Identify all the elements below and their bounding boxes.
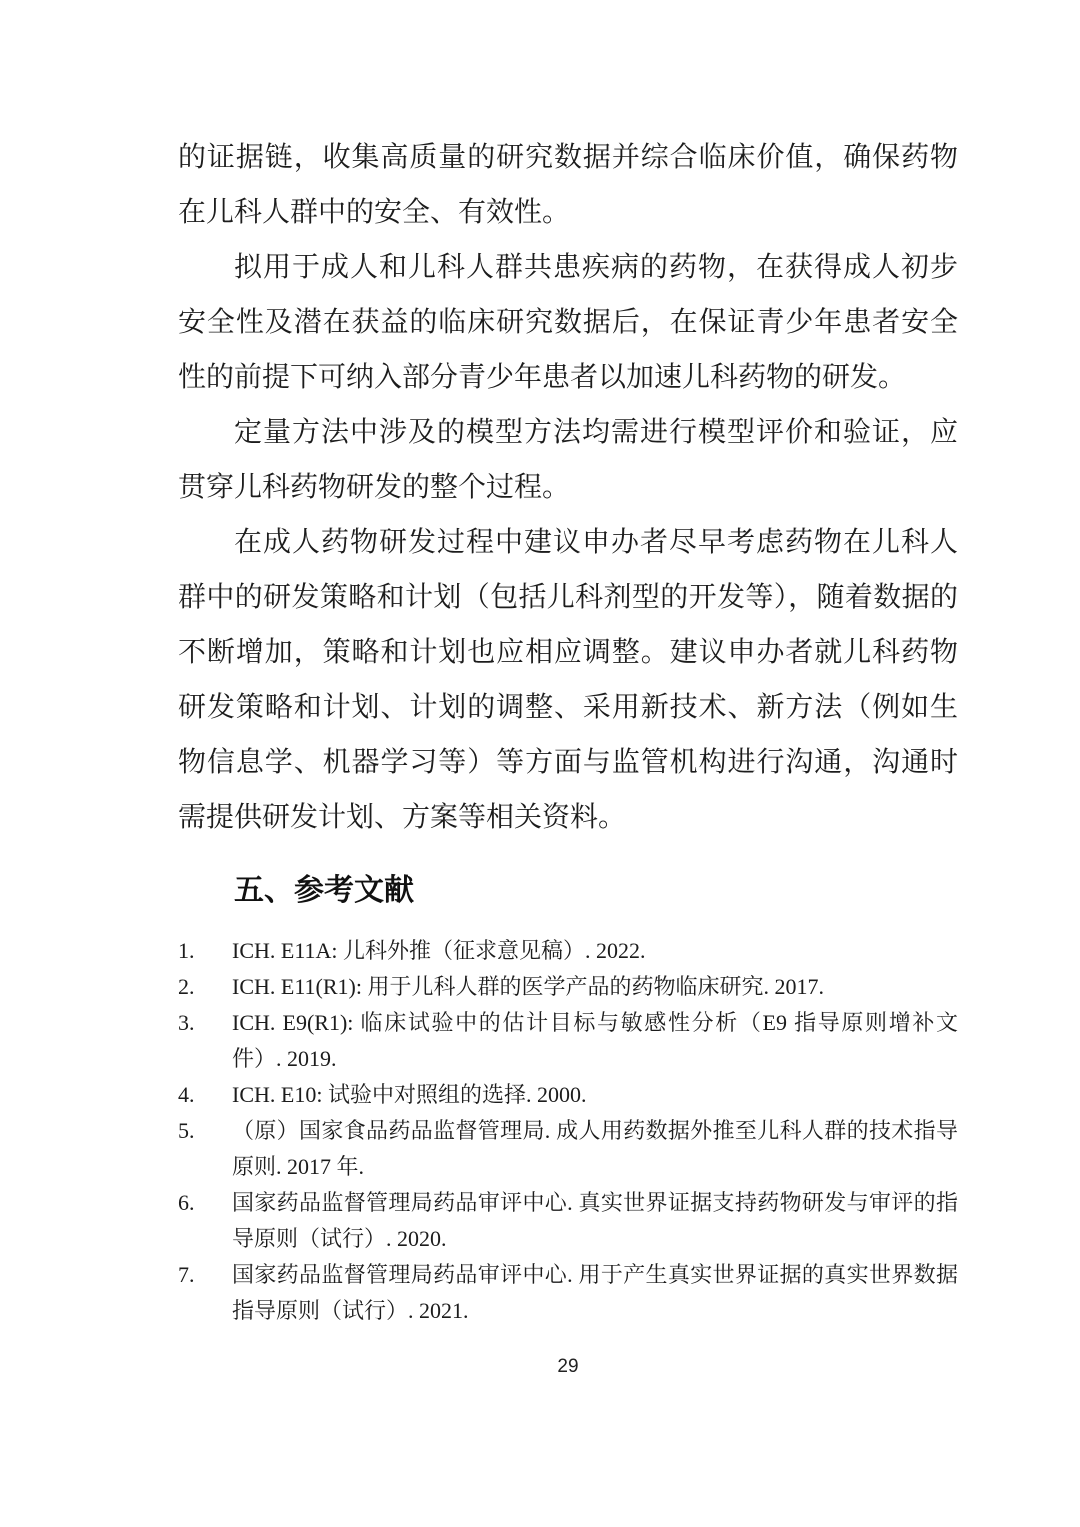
body-paragraph: 在成人药物研发过程中建议申办者尽早考虑药物在儿科人群中的研发策略和计划（包括儿科… [178, 515, 958, 845]
page-number: 29 [557, 1356, 578, 1377]
reference-number: 5. [178, 1113, 232, 1149]
section-heading-references: 五、参考文献 [234, 865, 958, 917]
body-paragraphs: 的证据链，收集高质量的研究数据并综合临床价值，确保药物在儿科人群中的安全、有效性… [178, 130, 958, 845]
reference-item: 4.ICH. E10: 试验中对照组的选择. 2000. [178, 1077, 958, 1113]
reference-text: （原）国家食品药品监督管理局. 成人用药数据外推至儿科人群的技术指导原则. 20… [232, 1118, 958, 1179]
reference-text: 国家药品监督管理局药品审评中心. 用于产生真实世界证据的真实世界数据指导原则（试… [232, 1262, 958, 1323]
reference-item: 7.国家药品监督管理局药品审评中心. 用于产生真实世界证据的真实世界数据指导原则… [178, 1257, 958, 1329]
reference-text: ICH. E10: 试验中对照组的选择. 2000. [232, 1082, 586, 1107]
reference-number: 2. [178, 969, 232, 1005]
page-content: 的证据链，收集高质量的研究数据并综合临床价值，确保药物在儿科人群中的安全、有效性… [178, 130, 958, 1329]
reference-item: 1.ICH. E11A: 儿科外推（征求意见稿）. 2022. [178, 933, 958, 969]
reference-list: 1.ICH. E11A: 儿科外推（征求意见稿）. 2022.2.ICH. E1… [178, 933, 958, 1329]
reference-number: 4. [178, 1077, 232, 1113]
reference-number: 1. [178, 933, 232, 969]
reference-item: 5.（原）国家食品药品监督管理局. 成人用药数据外推至儿科人群的技术指导原则. … [178, 1113, 958, 1185]
document-page: 的证据链，收集高质量的研究数据并综合临床价值，确保药物在儿科人群中的安全、有效性… [0, 0, 1080, 1527]
reference-text: ICH. E9(R1): 临床试验中的估计目标与敏感性分析（E9 指导原则增补文… [232, 1010, 958, 1071]
reference-number: 7. [178, 1257, 232, 1293]
reference-text: 国家药品监督管理局药品审评中心. 真实世界证据支持药物研发与审评的指导原则（试行… [232, 1190, 958, 1251]
reference-item: 3.ICH. E9(R1): 临床试验中的估计目标与敏感性分析（E9 指导原则增… [178, 1005, 958, 1077]
body-paragraph: 拟用于成人和儿科人群共患疾病的药物，在获得成人初步安全性及潜在获益的临床研究数据… [178, 240, 958, 405]
body-paragraph: 的证据链，收集高质量的研究数据并综合临床价值，确保药物在儿科人群中的安全、有效性… [178, 130, 958, 240]
reference-text: ICH. E11(R1): 用于儿科人群的医学产品的药物临床研究. 2017. [232, 974, 824, 999]
body-paragraph: 定量方法中涉及的模型方法均需进行模型评价和验证，应贯穿儿科药物研发的整个过程。 [178, 405, 958, 515]
page-footer: 29 [178, 1356, 958, 1378]
reference-number: 3. [178, 1005, 232, 1041]
reference-text: ICH. E11A: 儿科外推（征求意见稿）. 2022. [232, 938, 646, 963]
reference-number: 6. [178, 1185, 232, 1221]
reference-item: 2.ICH. E11(R1): 用于儿科人群的医学产品的药物临床研究. 2017… [178, 969, 958, 1005]
reference-item: 6.国家药品监督管理局药品审评中心. 真实世界证据支持药物研发与审评的指导原则（… [178, 1185, 958, 1257]
